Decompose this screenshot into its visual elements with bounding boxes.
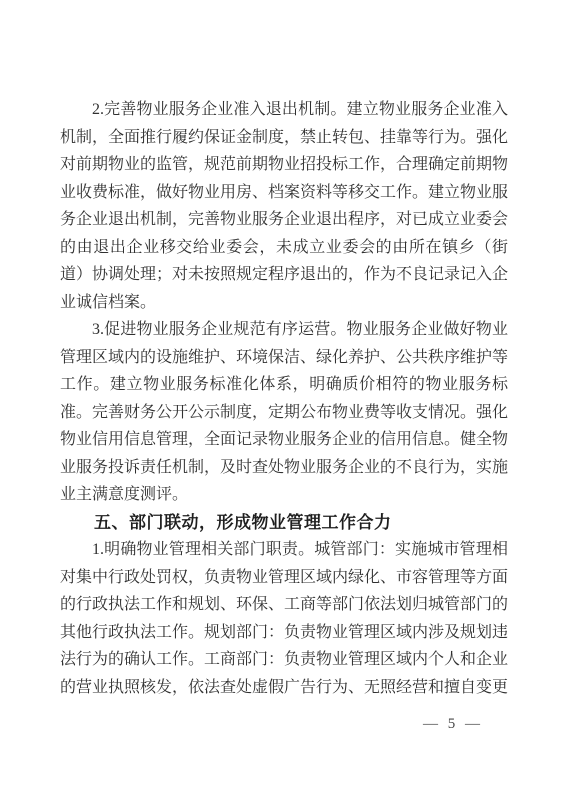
document-page: 2.完善物业服务企业准入退出机制。建立物业服务企业准入机制，全面推行履约保证金制… — [0, 0, 567, 800]
paragraph-2-entry-exit-mechanism: 2.完善物业服务企业准入退出机制。建立物业服务企业准入机制，全面推行履约保证金制… — [60, 96, 508, 316]
paragraph-3-orderly-operation: 3.促进物业服务企业规范有序运营。物业服务企业做好物业管理区域内的设施维护、环境… — [60, 316, 508, 509]
document-text-column: 2.完善物业服务企业准入退出机制。建立物业服务企业准入机制，全面推行履约保证金制… — [60, 96, 508, 701]
paragraph-1-department-duties: 1.明确物业管理相关部门职责。城管部门：实施城市管理相对集中行政处罚权，负责物业… — [60, 536, 508, 701]
section-heading-5-department-coordination: 五、部门联动，形成物业管理工作合力 — [60, 509, 508, 537]
page-number: — 5 — — [423, 713, 483, 735]
